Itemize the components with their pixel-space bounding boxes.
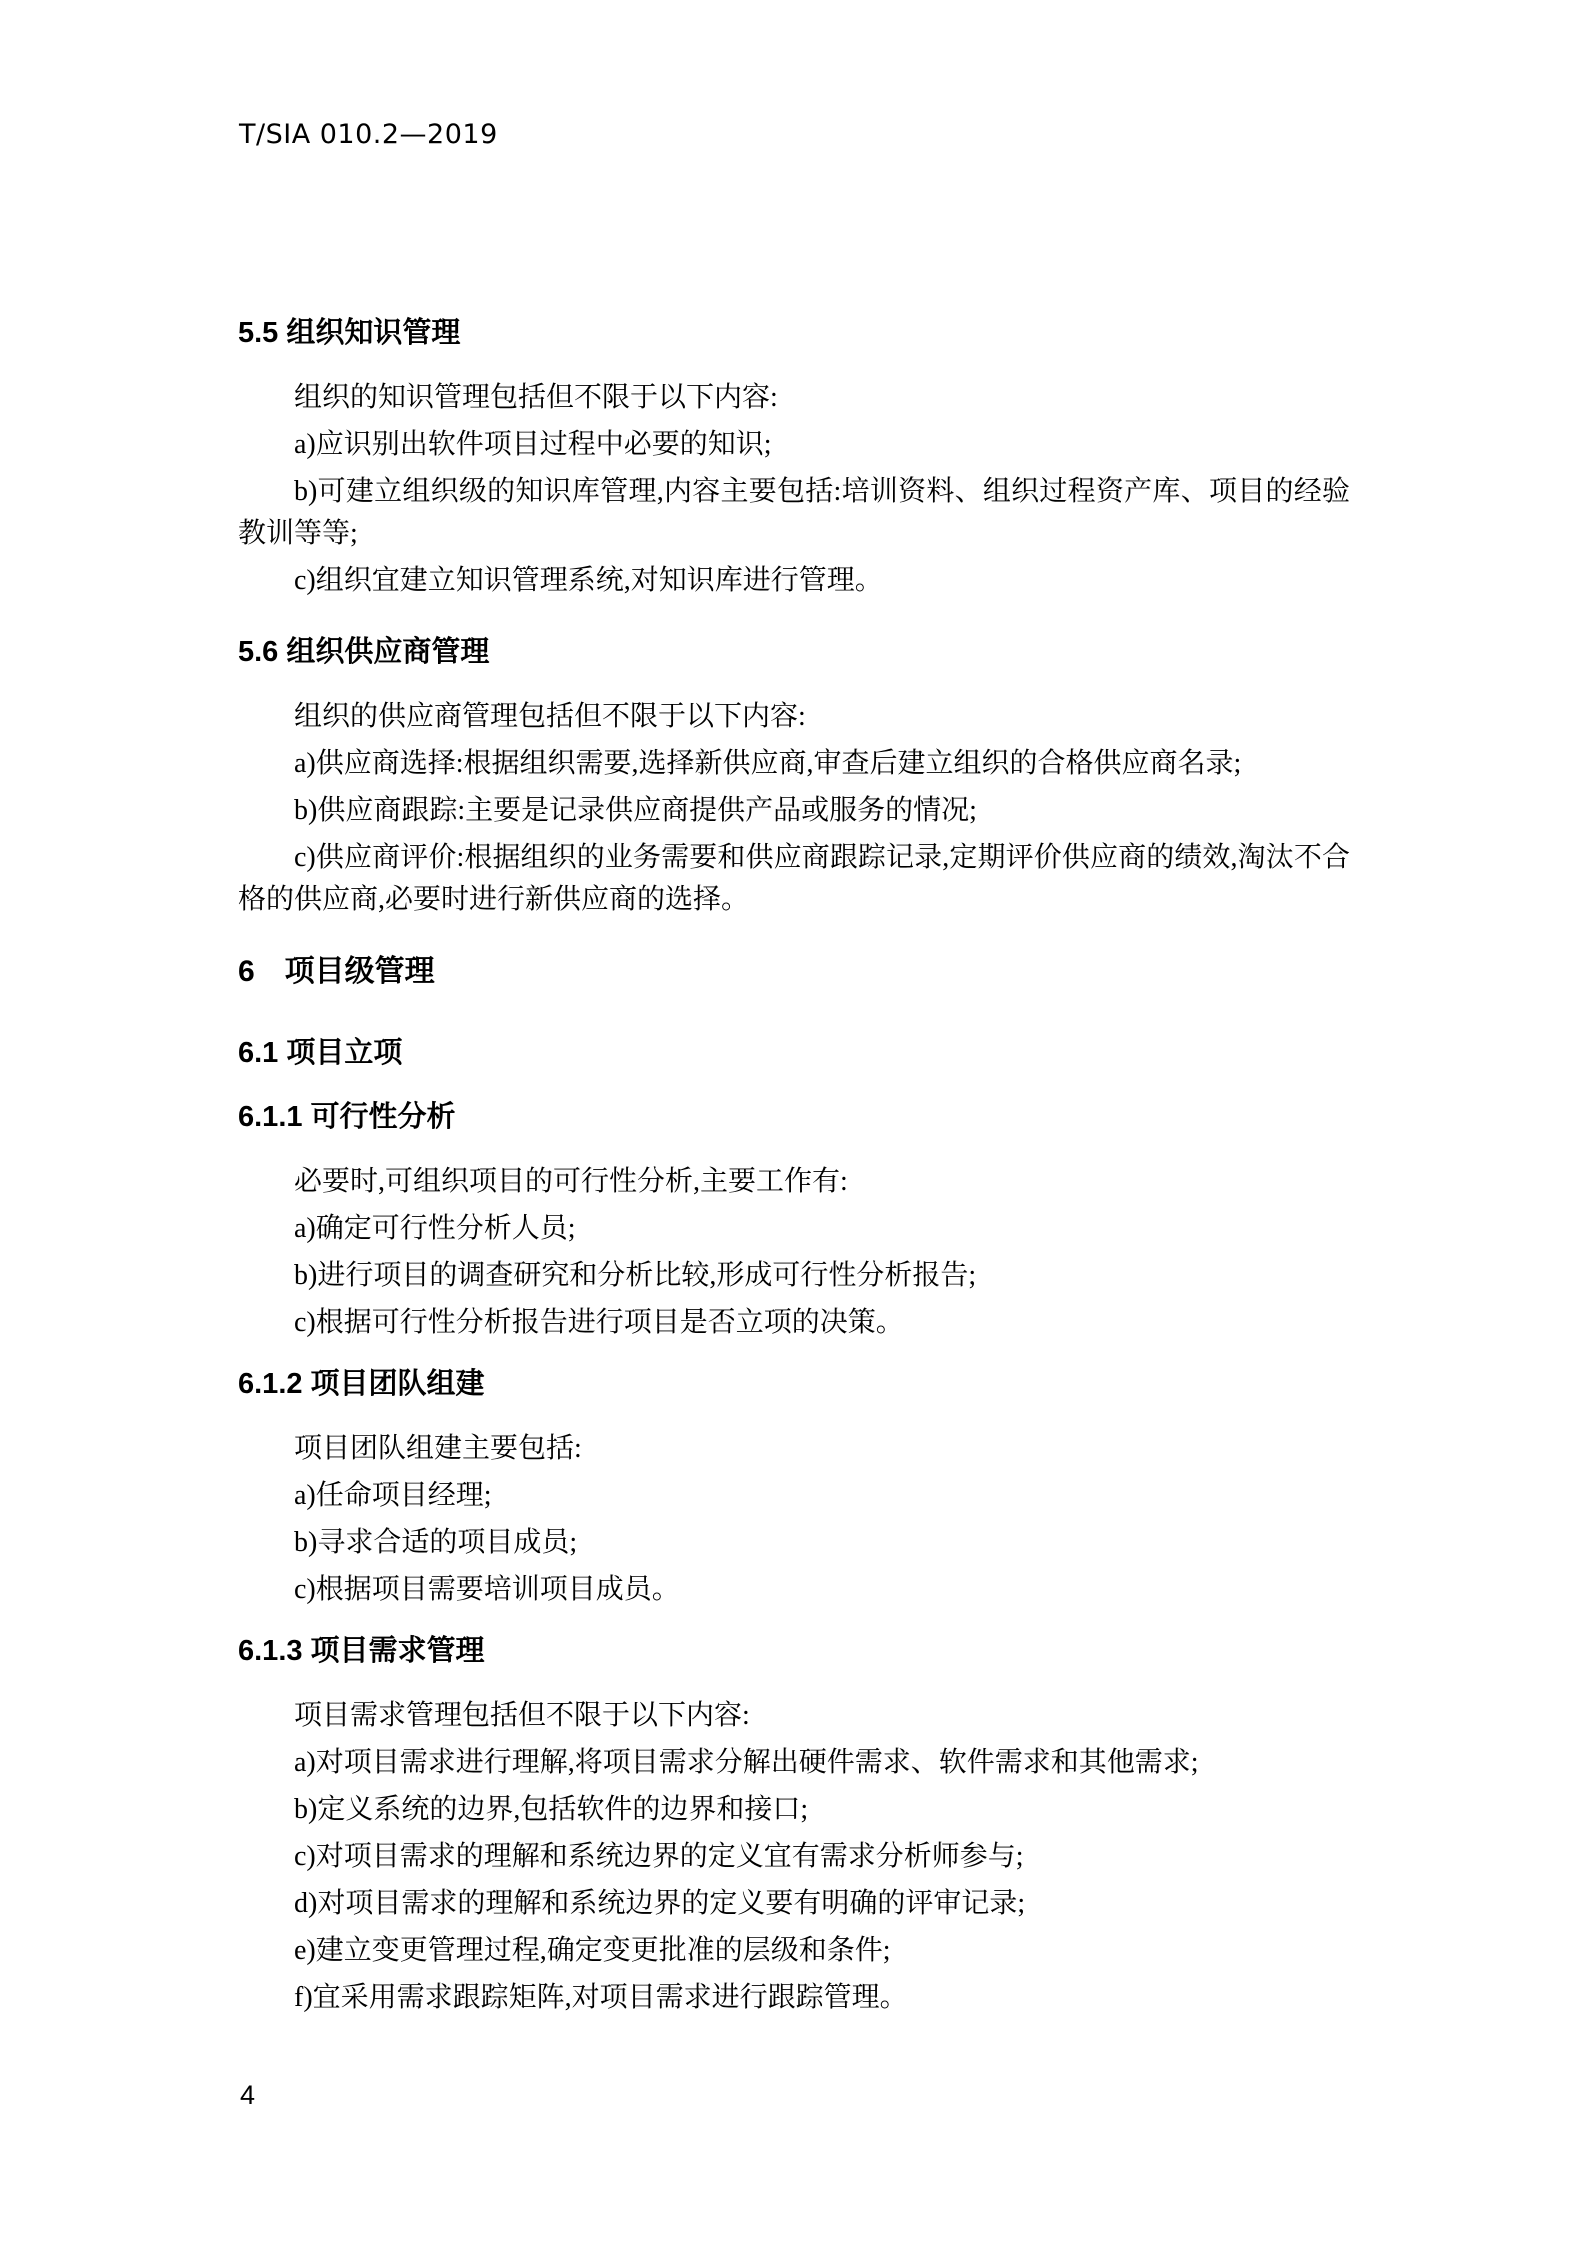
item-6-1-1-b: b)进行项目的调查研究和分析比较,形成可行性分析报告; — [238, 1255, 1350, 1297]
item-6-1-3-b: b)定义系统的边界,包括软件的边界和接口; — [238, 1789, 1350, 1831]
item-6-1-3-c: c)对项目需求的理解和系统边界的定义宜有需求分析师参与; — [238, 1836, 1350, 1878]
running-header-standard-number: T/SIA 010.2—2019 — [239, 120, 498, 150]
item-6-1-2-a: a)任命项目经理; — [238, 1475, 1350, 1517]
item-6-1-1-c: c)根据可行性分析报告进行项目是否立项的决策。 — [238, 1302, 1350, 1344]
item-5-6-b: b)供应商跟踪:主要是记录供应商提供产品或服务的情况; — [238, 790, 1350, 832]
item-6-1-3-a: a)对项目需求进行理解,将项目需求分解出硬件需求、软件需求和其他需求; — [238, 1742, 1350, 1784]
item-5-5-a: a)应识别出软件项目过程中必要的知识; — [238, 424, 1350, 466]
para-6-1-3-intro: 项目需求管理包括但不限于以下内容: — [238, 1695, 1350, 1737]
para-6-1-1-intro: 必要时,可组织项目的可行性分析,主要工作有: — [238, 1161, 1350, 1203]
para-5-6-intro: 组织的供应商管理包括但不限于以下内容: — [238, 696, 1350, 738]
item-6-1-2-c: c)根据项目需要培训项目成员。 — [238, 1569, 1350, 1611]
item-6-1-1-a: a)确定可行性分析人员; — [238, 1208, 1350, 1250]
para-6-1-2-intro: 项目团队组建主要包括: — [238, 1428, 1350, 1470]
heading-6-1-1: 6.1.1 可行性分析 — [238, 1097, 1350, 1137]
document-body: 5.5 组织知识管理组织的知识管理包括但不限于以下内容:a)应识别出软件项目过程… — [238, 313, 1350, 2024]
item-5-5-c: c)组织宜建立知识管理系统,对知识库进行管理。 — [238, 560, 1350, 602]
heading-6: 6 项目级管理 — [238, 951, 1350, 993]
document-page: T/SIA 010.2—2019 5.5 组织知识管理组织的知识管理包括但不限于… — [0, 0, 1587, 2245]
page-number: 4 — [240, 2080, 255, 2110]
item-6-1-3-e: e)建立变更管理过程,确定变更批准的层级和条件; — [238, 1930, 1350, 1972]
para-5-5-intro: 组织的知识管理包括但不限于以下内容: — [238, 377, 1350, 419]
item-5-6-c: c)供应商评价:根据组织的业务需要和供应商跟踪记录,定期评价供应商的绩效,淘汰不… — [238, 837, 1350, 921]
heading-5-5: 5.5 组织知识管理 — [238, 313, 1350, 353]
item-5-6-a: a)供应商选择:根据组织需要,选择新供应商,审查后建立组织的合格供应商名录; — [238, 743, 1350, 785]
item-6-1-2-b: b)寻求合适的项目成员; — [238, 1522, 1350, 1564]
heading-6-1-3: 6.1.3 项目需求管理 — [238, 1631, 1350, 1671]
heading-6-1: 6.1 项目立项 — [238, 1033, 1350, 1073]
item-5-5-b: b)可建立组织级的知识库管理,内容主要包括:培训资料、组织过程资产库、项目的经验… — [238, 471, 1350, 555]
item-6-1-3-f: f)宜采用需求跟踪矩阵,对项目需求进行跟踪管理。 — [238, 1977, 1350, 2019]
item-6-1-3-d: d)对项目需求的理解和系统边界的定义要有明确的评审记录; — [238, 1883, 1350, 1925]
heading-5-6: 5.6 组织供应商管理 — [238, 632, 1350, 672]
heading-6-1-2: 6.1.2 项目团队组建 — [238, 1364, 1350, 1404]
